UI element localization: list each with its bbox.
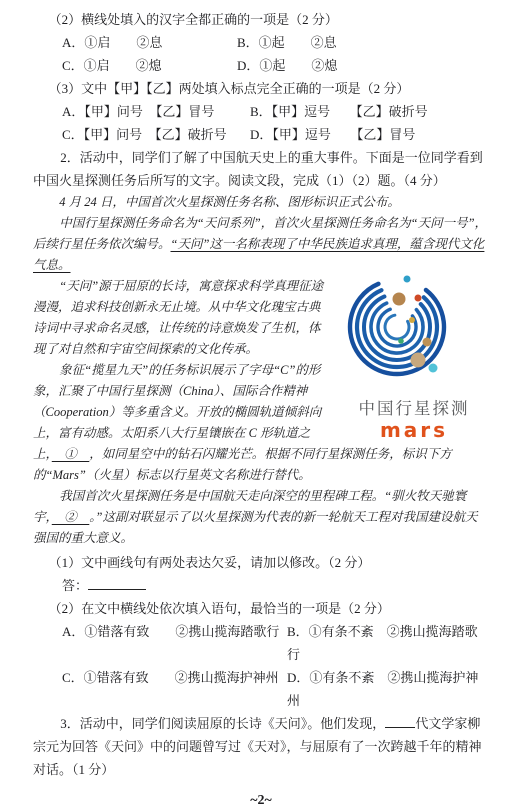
option-c: C．【甲】问号 【乙】破折号 [62, 123, 250, 146]
numbered-blank-2: ② [52, 510, 90, 524]
question-2-sub2-options-row2: C．①错落有致 ②携山揽海护神州 D．①有条不紊 ②携山揽海护神州 [62, 666, 489, 712]
question-2-hanzi-options-row2: C．①启 ②熄 D．①起 ②熄 [62, 54, 489, 77]
question-3-punctuation-options-row1: A．【甲】问号 【乙】冒号 B．【甲】逗号 【乙】破折号 [62, 100, 489, 123]
option-c: C．①错落有致 ②携山揽海护神州 [62, 666, 287, 712]
planet-dot [404, 276, 411, 283]
question-2-hanzi-prompt: （2）横线处填入的汉字全都正确的一项是（2 分） [33, 8, 489, 31]
question-3-text: 3．活动中，同学们阅读屈原的长诗《天问》。他们发现，代文学家柳宗元为回答《天问》… [33, 712, 489, 781]
passage-p5: 我国首次火星探测任务是中国航天走向深空的里程碑工程。“驯火牧天驰寰宇， ② 。”… [33, 486, 489, 549]
planet-dot [398, 338, 404, 344]
question-3-blank [385, 714, 415, 728]
option-a: A．①启 ②息 [62, 31, 237, 54]
logo-caption-mars: mars [339, 419, 489, 441]
option-d: D．①起 ②熄 [237, 54, 337, 77]
planet-orbit-logo-graphic [339, 272, 489, 390]
planet-dot [429, 364, 438, 373]
mars-mission-logo: 中国行星探测 mars [339, 272, 489, 441]
question-2-sub1-prompt: （1）文中画线句有两处表达欠妥，请加以修改。（2 分） [33, 551, 489, 574]
question-2-intro: 2．活动中，同学们了解了中国航天史上的重大事件。下面是一位同学看到中国火星探测任… [33, 146, 489, 192]
passage-p2: 中国行星探测任务命名为“天问系列”，首次火星探测任务命名为“天问一号”，后续行星… [33, 213, 489, 276]
answer-line: 答： [62, 574, 489, 597]
exam-page: （2）横线处填入的汉字全都正确的一项是（2 分） A．①启 ②息 B．①起 ②息… [0, 0, 515, 812]
answer-label: 答： [62, 578, 88, 593]
option-c: C．①启 ②熄 [62, 54, 237, 77]
planet-dot [409, 317, 415, 323]
reading-passage: 4 月 24 日，中国首次火星探测任务名称、图形标识正式公布。 中国行星探测任务… [33, 192, 489, 549]
passage-p5-text-b: 。”这副对联显示了以火星探测为代表的新一轮航天工程对我国建设航天强国的重大意义。 [33, 510, 478, 545]
question-3-text-a: 3．活动中，同学们阅读屈原的长诗《天问》。他们发现， [60, 716, 385, 731]
planet-dot [423, 338, 432, 347]
option-d: D．【甲】逗号 【乙】冒号 [250, 123, 415, 146]
question-3-punctuation-options-row2: C．【甲】问号 【乙】破折号 D．【甲】逗号 【乙】冒号 [62, 123, 489, 146]
option-b: B．①起 ②息 [237, 31, 337, 54]
passage-p4-text-b: ，如同星空中的钻石闪耀光芒。根据不同行星探测任务，标识下方的“Mars”（火星）… [33, 447, 452, 482]
option-a: A．①错落有致 ②携山揽海踏歌行 [62, 620, 287, 666]
option-b: B．①有条不紊 ②携山揽海踏歌行 [287, 620, 489, 666]
numbered-blank-1: ① [52, 447, 90, 461]
planet-dot [415, 295, 422, 302]
question-3-punctuation-prompt: （3）文中【甲】【乙】两处填入标点完全正确的一项是（2 分） [33, 77, 489, 100]
answer-blank [88, 575, 146, 590]
option-d: D．①有条不紊 ②携山揽海护神州 [287, 666, 489, 712]
page-number: ~2~ [33, 789, 489, 812]
option-a: A．【甲】问号 【乙】冒号 [62, 100, 250, 123]
orbit-arc [381, 311, 413, 343]
question-2-hanzi-options-row1: A．①启 ②息 B．①起 ②息 [62, 31, 489, 54]
planet-dot [411, 353, 426, 368]
question-2-sub2-options-row1: A．①错落有致 ②携山揽海踏歌行 B．①有条不紊 ②携山揽海踏歌行 [62, 620, 489, 666]
option-b: B．【甲】逗号 【乙】破折号 [250, 100, 428, 123]
planet-dot [393, 293, 406, 306]
passage-p1: 4 月 24 日，中国首次火星探测任务名称、图形标识正式公布。 [33, 192, 489, 213]
logo-caption-chinese: 中国行星探测 [339, 399, 489, 419]
question-2-sub2-prompt: （2）在文中横线处依次填入语句，最恰当的一项是（2 分） [33, 597, 489, 620]
